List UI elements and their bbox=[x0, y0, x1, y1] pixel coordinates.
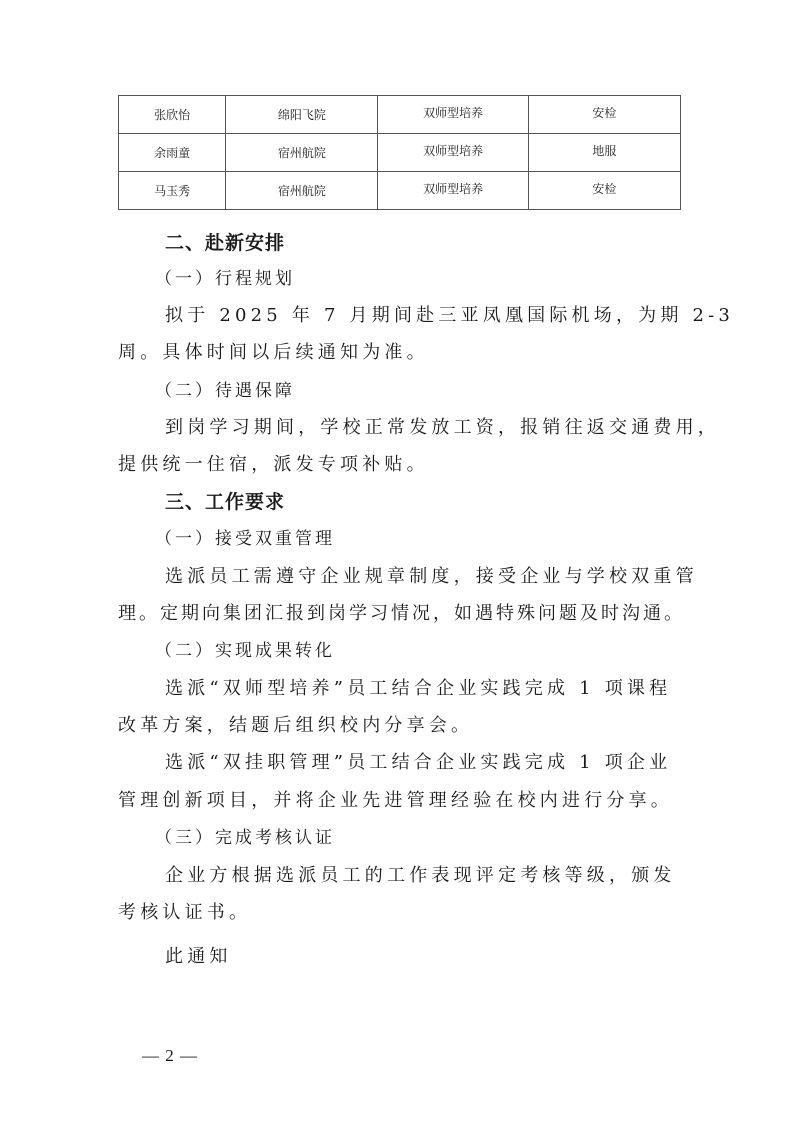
cell-type: 双师型培养 bbox=[378, 134, 528, 172]
paragraph-dual-post-line1: 选派“双挂职管理”员工结合企业实践完成 1 项企业 bbox=[165, 751, 671, 775]
table-row: 张欣怡 绵阳飞院 双师型培养 安检 bbox=[119, 96, 681, 134]
cell-post: 安检 bbox=[528, 96, 680, 134]
closing-text: 此通知 bbox=[165, 945, 232, 969]
subheading-dual-management: （一）接受双重管理 bbox=[155, 527, 335, 551]
section-heading-arrangement: 二、赴新安排 bbox=[165, 231, 285, 255]
cell-school: 宿州航院 bbox=[226, 134, 378, 172]
cell-school: 绵阳飞院 bbox=[226, 96, 378, 134]
paragraph-itinerary-line2: 周。具体时间以后续通知为准。 bbox=[118, 341, 429, 365]
paragraph-dual-teacher-line2: 改革方案，结题后组织校内分享会。 bbox=[118, 714, 473, 738]
subheading-assessment: （三）完成考核认证 bbox=[155, 826, 335, 850]
paragraph-assessment-line2: 考核认证书。 bbox=[118, 901, 251, 925]
subheading-benefits: （二）待遇保障 bbox=[155, 379, 295, 403]
personnel-table: 张欣怡 绵阳飞院 双师型培养 安检 余雨童 宿州航院 双师型培养 地服 马玉秀 … bbox=[118, 95, 681, 210]
cell-school: 宿州航院 bbox=[226, 172, 378, 210]
table-row: 余雨童 宿州航院 双师型培养 地服 bbox=[119, 134, 681, 172]
cell-post: 安检 bbox=[528, 172, 680, 210]
paragraph-dual-management-line1: 选派员工需遵守企业规章制度，接受企业与学校双重管 bbox=[165, 565, 698, 589]
paragraph-assessment-line1: 企业方根据选派员工的工作表现评定考核等级，颁发 bbox=[165, 864, 676, 888]
cell-type: 双师型培养 bbox=[378, 172, 528, 210]
section-heading-requirements: 三、工作要求 bbox=[165, 490, 285, 514]
subheading-itinerary: （一）行程规划 bbox=[155, 267, 295, 291]
cell-type: 双师型培养 bbox=[378, 96, 528, 134]
paragraph-dual-post-line2: 管理创新项目，并将企业先进管理经验在校内进行分享。 bbox=[118, 789, 673, 813]
cell-post: 地服 bbox=[528, 134, 680, 172]
paragraph-benefits-line1: 到岗学习期间，学校正常发放工资，报销往返交通费用， bbox=[165, 416, 720, 440]
paragraph-itinerary-line1: 拟于 2025 年 7 月期间赴三亚凤凰国际机场，为期 2-3 bbox=[165, 304, 734, 328]
paragraph-benefits-line2: 提供统一住宿，派发专项补贴。 bbox=[118, 453, 429, 477]
paragraph-dual-management-line2: 理。定期向集团汇报到岗学习情况，如遇特殊问题及时沟通。 bbox=[118, 602, 685, 626]
cell-name: 马玉秀 bbox=[119, 172, 226, 210]
cell-name: 余雨童 bbox=[119, 134, 226, 172]
paragraph-dual-teacher-line1: 选派“双师型培养”员工结合企业实践完成 1 项课程 bbox=[165, 677, 671, 701]
page-number: — 2 — bbox=[142, 1046, 198, 1066]
subheading-results-conversion: （二）实现成果转化 bbox=[155, 639, 335, 663]
cell-name: 张欣怡 bbox=[119, 96, 226, 134]
table-row: 马玉秀 宿州航院 双师型培养 安检 bbox=[119, 172, 681, 210]
